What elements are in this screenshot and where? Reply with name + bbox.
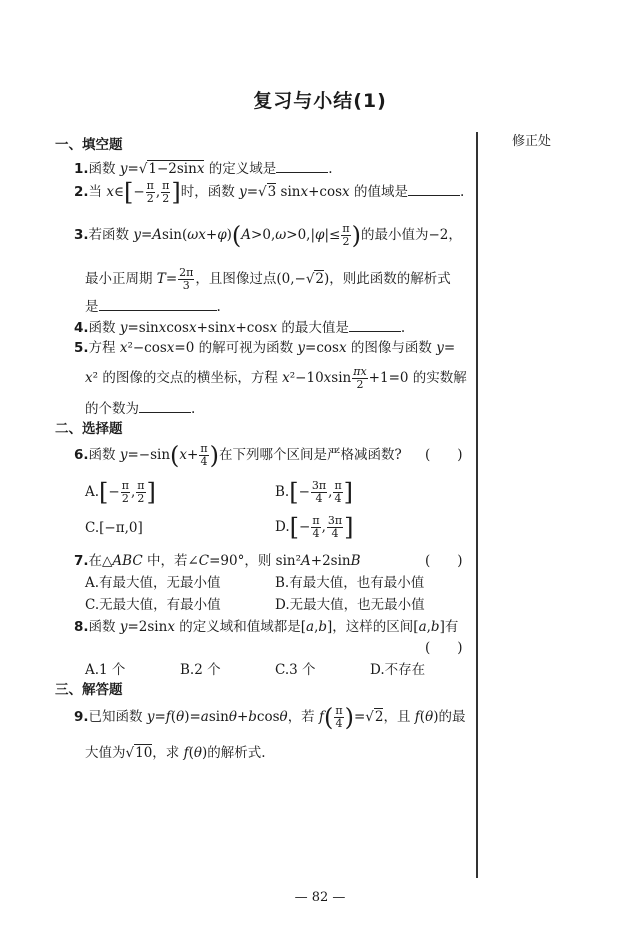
section-multiple-choice: 二、选择题 (55, 417, 123, 437)
option-b[interactable]: B.[−3π4,π4] (275, 480, 353, 505)
page-number: — 82 — (0, 890, 640, 905)
question-3: 3.若函数 y=Asin(ωx+φ)(A>0,ω>0,|φ|≤π2)的最小值为−… (74, 223, 462, 248)
option-d[interactable]: D.[−π4,3π4] (275, 515, 353, 540)
question-2: 2.当 x∈[−π2,π2]时，函数 y=√3 sinx+cosx 的值域是. (74, 180, 464, 205)
answer-paren[interactable]: ( ) (425, 549, 463, 569)
option-b[interactable]: B.2 个 (180, 658, 221, 678)
question-5-line-3: 的个数为. (85, 397, 195, 417)
answer-paren[interactable]: ( ) (425, 443, 463, 463)
margin-divider (476, 132, 478, 878)
correction-label: 修正处 (512, 130, 551, 149)
option-b[interactable]: B.有最大值，也有最小值 (275, 571, 424, 591)
answer-blank[interactable] (139, 400, 191, 413)
question-3-line-3: 是. (85, 295, 221, 315)
answer-paren[interactable]: ( ) (425, 636, 463, 656)
option-a[interactable]: A.有最大值，无最小值 (85, 571, 221, 591)
question-7: 7.在△ABC 中，若∠C=90°，则 sin²A+2sinB (74, 549, 361, 569)
section-problem-solving: 三、解答题 (55, 678, 123, 698)
question-9-line-2: 大值为√10，求 f(θ)的解析式. (85, 741, 266, 761)
answer-blank[interactable] (408, 183, 460, 196)
option-c[interactable]: C.3 个 (275, 658, 316, 678)
option-a[interactable]: A.1 个 (85, 658, 125, 678)
answer-blank[interactable] (99, 298, 217, 311)
question-6: 6.函数 y=−sin(x+π4)在下列哪个区间是严格减函数? (74, 443, 402, 468)
question-1: 1.函数 y=√1−2sinx 的定义域是. (74, 157, 333, 177)
option-c[interactable]: C.[−π,0] (85, 520, 143, 536)
answer-blank[interactable] (349, 319, 401, 332)
option-d[interactable]: D.不存在 (370, 658, 425, 678)
answer-blank[interactable] (276, 160, 328, 173)
option-c[interactable]: C.无最大值，有最小值 (85, 593, 221, 613)
section-fill-in: 一、填空题 (55, 133, 123, 153)
question-4: 4.函数 y=sinxcosx+sinx+cosx 的最大值是. (74, 316, 405, 336)
question-number: 1. (74, 161, 89, 177)
page-title: 复习与小结(1) (0, 86, 640, 113)
option-a[interactable]: A.[−π2,π2] (85, 480, 156, 505)
question-8: 8.函数 y=2sinx 的定义域和值域都是[a,b]，这样的区间[a,b]有 (74, 615, 458, 635)
question-5-line-2: x² 的图像的交点的横坐标，方程 x²−10xsinπx2+1=0 的实数解 (85, 366, 467, 391)
question-3-line-2: 最小正周期 T=2π3，且图像过点(0,−√2)，则此函数的解析式 (85, 267, 451, 292)
option-d[interactable]: D.无最大值，也无最小值 (275, 593, 425, 613)
question-5: 5.方程 x²−cosx=0 的解可视为函数 y=cosx 的图像与函数 y= (74, 336, 455, 356)
question-9: 9.已知函数 y=f(θ)=asinθ+bcosθ，若 f(π4)=√2，且 f… (74, 705, 465, 730)
